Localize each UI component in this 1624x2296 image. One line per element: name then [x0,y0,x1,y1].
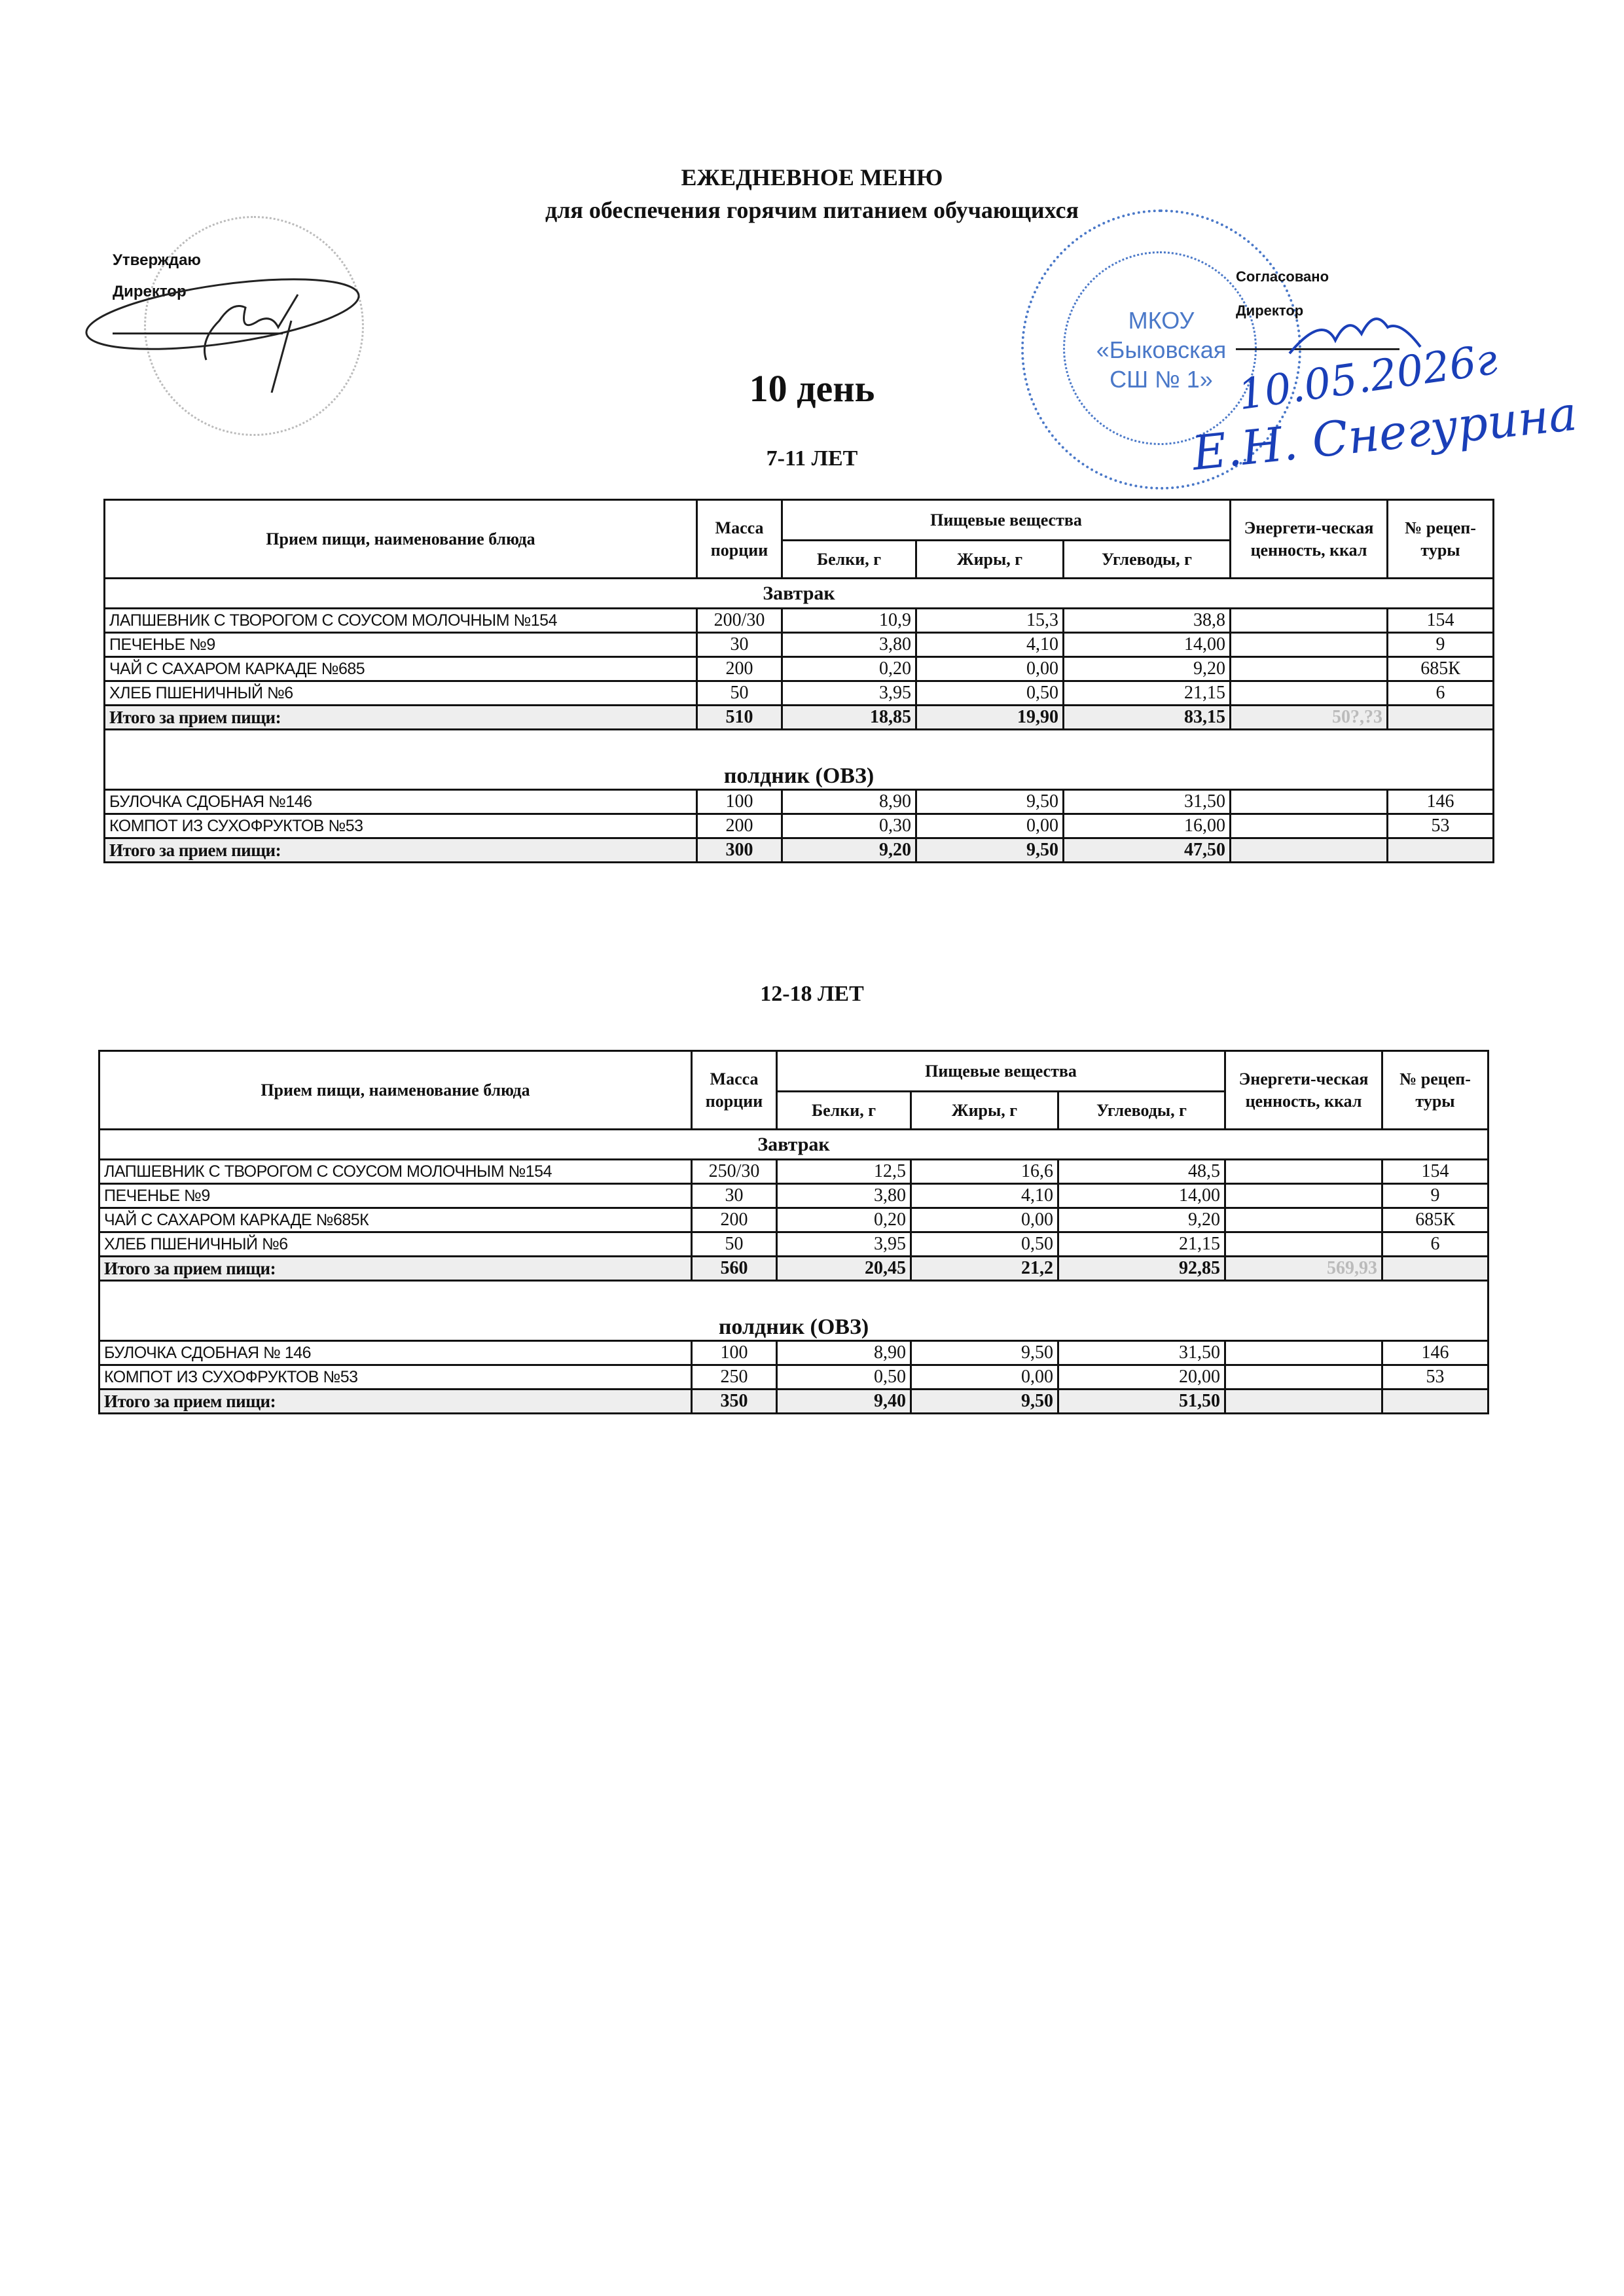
protein-value: 10,9 [782,609,916,633]
carbs-value: 31,50 [1064,790,1231,814]
portion-mass: 200 [697,814,782,838]
fat-value: 4,10 [916,633,1064,657]
agreed-label: Согласовано [1236,268,1329,285]
dish-name: ХЛЕБ ПШЕНИЧНЫЙ №6 [105,681,697,706]
portion-mass: 300 [697,838,782,863]
table-row: БУЛОЧКА СДОБНАЯ № 1461008,909,5031,50146 [99,1341,1489,1365]
energy-value [1225,1184,1382,1208]
total-row: Итого за прием пищи:51018,8519,9083,1550… [105,706,1494,730]
meal-section-label: Завтрак [99,1130,1489,1160]
protein-value: 18,85 [782,706,916,730]
recipe-number: 53 [1382,1365,1489,1390]
header-mass: Массапорции [697,500,782,579]
table-row: ЛАПШЕВНИК С ТВОРОГОМ С СОУСОМ МОЛОЧНЫМ №… [105,609,1494,633]
protein-value: 8,90 [777,1341,911,1365]
energy-value [1225,1208,1382,1232]
table-row: ПЕЧЕНЬЕ №9303,804,1014,009 [99,1184,1489,1208]
portion-mass: 100 [692,1341,777,1365]
header-energy: Энергети-ческаяценность, ккал [1225,1051,1382,1130]
energy-value [1225,1232,1382,1257]
menu-table-12-18: Прием пищи, наименование блюда Массапорц… [98,1050,1489,1414]
energy-value [1231,681,1388,706]
recipe-number [1388,838,1494,863]
header-carbs: Углеводы, г [1064,541,1231,579]
table-row: ХЛЕБ ПШЕНИЧНЫЙ №6503,950,5021,156 [99,1232,1489,1257]
carbs-value: 21,15 [1064,681,1231,706]
age-group-heading: 7-11 ЛЕТ [0,446,1624,471]
director-signature-left [82,262,370,393]
energy-value: 569,93 [1225,1257,1382,1281]
fat-value: 4,10 [911,1184,1058,1208]
carbs-value: 83,15 [1064,706,1231,730]
fat-value: 16,6 [911,1160,1058,1184]
fat-value: 0,00 [916,814,1064,838]
fat-value: 9,50 [911,1390,1058,1414]
header-fat: Жиры, г [911,1092,1058,1130]
recipe-number [1388,706,1494,730]
carbs-value: 47,50 [1064,838,1231,863]
age-group-heading: 12-18 ЛЕТ [0,982,1624,1007]
dish-name: ЧАЙ С САХАРОМ КАРКАДЕ №685 [105,657,697,681]
portion-mass: 30 [697,633,782,657]
protein-value: 0,30 [782,814,916,838]
carbs-value: 92,85 [1058,1257,1225,1281]
header-protein: Белки, г [777,1092,911,1130]
fat-value: 0,00 [911,1365,1058,1390]
header-dish: Прием пищи, наименование блюда [105,500,697,579]
carbs-value: 51,50 [1058,1390,1225,1414]
header-nutrients: Пищевые вещества [782,500,1231,541]
fat-value: 21,2 [911,1257,1058,1281]
table-row: ПЕЧЕНЬЕ №9303,804,1014,009 [105,633,1494,657]
dish-name: ЛАПШЕВНИК С ТВОРОГОМ С СОУСОМ МОЛОЧНЫМ №… [105,609,697,633]
recipe-number: 9 [1382,1184,1489,1208]
carbs-value: 48,5 [1058,1160,1225,1184]
carbs-value: 38,8 [1064,609,1231,633]
recipe-number: 146 [1388,790,1494,814]
menu-table-7-11: Прием пищи, наименование блюда Массапорц… [103,499,1494,863]
energy-value [1225,1160,1382,1184]
document-title: ЕЖЕДНЕВНОЕ МЕНЮ [0,164,1624,191]
carbs-value: 16,00 [1064,814,1231,838]
header-mass: Массапорции [692,1051,777,1130]
dish-name: ЛАПШЕВНИК С ТВОРОГОМ С СОУСОМ МОЛОЧНЫМ №… [99,1160,692,1184]
fat-value: 19,90 [916,706,1064,730]
protein-value: 3,95 [777,1232,911,1257]
total-row: Итого за прием пищи:3009,209,5047,50 [105,838,1494,863]
portion-mass: 200/30 [697,609,782,633]
header-carbs: Углеводы, г [1058,1092,1225,1130]
dish-name: ПЕЧЕНЬЕ №9 [99,1184,692,1208]
total-label: Итого за прием пищи: [105,838,697,863]
fat-value: 9,50 [916,790,1064,814]
header-energy: Энергети-ческаяценность, ккал [1231,500,1388,579]
energy-value: 50?,?3 [1231,706,1388,730]
carbs-value: 14,00 [1064,633,1231,657]
portion-mass: 50 [692,1232,777,1257]
protein-value: 12,5 [777,1160,911,1184]
header-recipe: № рецеп-туры [1382,1051,1489,1130]
header-nutrients: Пищевые вещества [777,1051,1225,1092]
fat-value: 0,00 [916,657,1064,681]
portion-mass: 50 [697,681,782,706]
portion-mass: 30 [692,1184,777,1208]
protein-value: 8,90 [782,790,916,814]
dish-name: КОМПОТ ИЗ СУХОФРУКТОВ №53 [105,814,697,838]
table-row: ЧАЙ С САХАРОМ КАРКАДЕ №685К2000,200,009,… [99,1208,1489,1232]
protein-value: 20,45 [777,1257,911,1281]
carbs-value: 14,00 [1058,1184,1225,1208]
energy-value [1225,1390,1382,1414]
fat-value: 0,50 [916,681,1064,706]
recipe-number: 6 [1382,1232,1489,1257]
protein-value: 0,20 [782,657,916,681]
portion-mass: 200 [692,1208,777,1232]
carbs-value: 9,20 [1064,657,1231,681]
energy-value [1231,609,1388,633]
dish-name: ХЛЕБ ПШЕНИЧНЫЙ №6 [99,1232,692,1257]
table-row: ЧАЙ С САХАРОМ КАРКАДЕ №6852000,200,009,2… [105,657,1494,681]
header-protein: Белки, г [782,541,916,579]
carbs-value: 9,20 [1058,1208,1225,1232]
carbs-value: 21,15 [1058,1232,1225,1257]
fat-value: 15,3 [916,609,1064,633]
recipe-number: 154 [1382,1160,1489,1184]
recipe-number [1382,1390,1489,1414]
header-recipe: № рецеп-туры [1388,500,1494,579]
protein-value: 3,80 [777,1184,911,1208]
protein-value: 0,20 [777,1208,911,1232]
table-row: КОМПОТ ИЗ СУХОФРУКТОВ №532000,300,0016,0… [105,814,1494,838]
carbs-value: 31,50 [1058,1341,1225,1365]
recipe-number: 146 [1382,1341,1489,1365]
carbs-value: 20,00 [1058,1365,1225,1390]
total-label: Итого за прием пищи: [99,1257,692,1281]
portion-mass: 250 [692,1365,777,1390]
portion-mass: 250/30 [692,1160,777,1184]
energy-value [1231,633,1388,657]
header-fat: Жиры, г [916,541,1064,579]
meal-section-label: полдник (ОВЗ) [99,1281,1489,1341]
total-label: Итого за прием пищи: [99,1390,692,1414]
recipe-number: 53 [1388,814,1494,838]
protein-value: 9,40 [777,1390,911,1414]
recipe-number: 154 [1388,609,1494,633]
total-label: Итого за прием пищи: [105,706,697,730]
portion-mass: 510 [697,706,782,730]
meal-section-label: Завтрак [105,579,1494,609]
energy-value [1231,657,1388,681]
protein-value: 9,20 [782,838,916,863]
recipe-number: 9 [1388,633,1494,657]
protein-value: 3,80 [782,633,916,657]
fat-value: 9,50 [916,838,1064,863]
total-row: Итого за прием пищи:3509,409,5051,50 [99,1390,1489,1414]
dish-name: ЧАЙ С САХАРОМ КАРКАДЕ №685К [99,1208,692,1232]
recipe-number: 6 [1388,681,1494,706]
portion-mass: 560 [692,1257,777,1281]
table-row: БУЛОЧКА СДОБНАЯ №1461008,909,5031,50146 [105,790,1494,814]
protein-value: 0,50 [777,1365,911,1390]
table-row: КОМПОТ ИЗ СУХОФРУКТОВ №532500,500,0020,0… [99,1365,1489,1390]
header-dish: Прием пищи, наименование блюда [99,1051,692,1130]
recipe-number: 685К [1382,1208,1489,1232]
fat-value: 0,00 [911,1208,1058,1232]
dish-name: КОМПОТ ИЗ СУХОФРУКТОВ №53 [99,1365,692,1390]
energy-value [1231,814,1388,838]
dish-name: БУЛОЧКА СДОБНАЯ № 146 [99,1341,692,1365]
protein-value: 3,95 [782,681,916,706]
energy-value [1231,790,1388,814]
dish-name: БУЛОЧКА СДОБНАЯ №146 [105,790,697,814]
fat-value: 9,50 [911,1341,1058,1365]
table-row: ЛАПШЕВНИК С ТВОРОГОМ С СОУСОМ МОЛОЧНЫМ №… [99,1160,1489,1184]
table-row: ХЛЕБ ПШЕНИЧНЫЙ №6503,950,5021,156 [105,681,1494,706]
fat-value: 0,50 [911,1232,1058,1257]
energy-value [1225,1365,1382,1390]
total-row: Итого за прием пищи:56020,4521,292,85569… [99,1257,1489,1281]
portion-mass: 100 [697,790,782,814]
recipe-number [1382,1257,1489,1281]
dish-name: ПЕЧЕНЬЕ №9 [105,633,697,657]
energy-value [1231,838,1388,863]
portion-mass: 350 [692,1390,777,1414]
recipe-number: 685К [1388,657,1494,681]
meal-section-label: полдник (ОВЗ) [105,730,1494,790]
portion-mass: 200 [697,657,782,681]
energy-value [1225,1341,1382,1365]
